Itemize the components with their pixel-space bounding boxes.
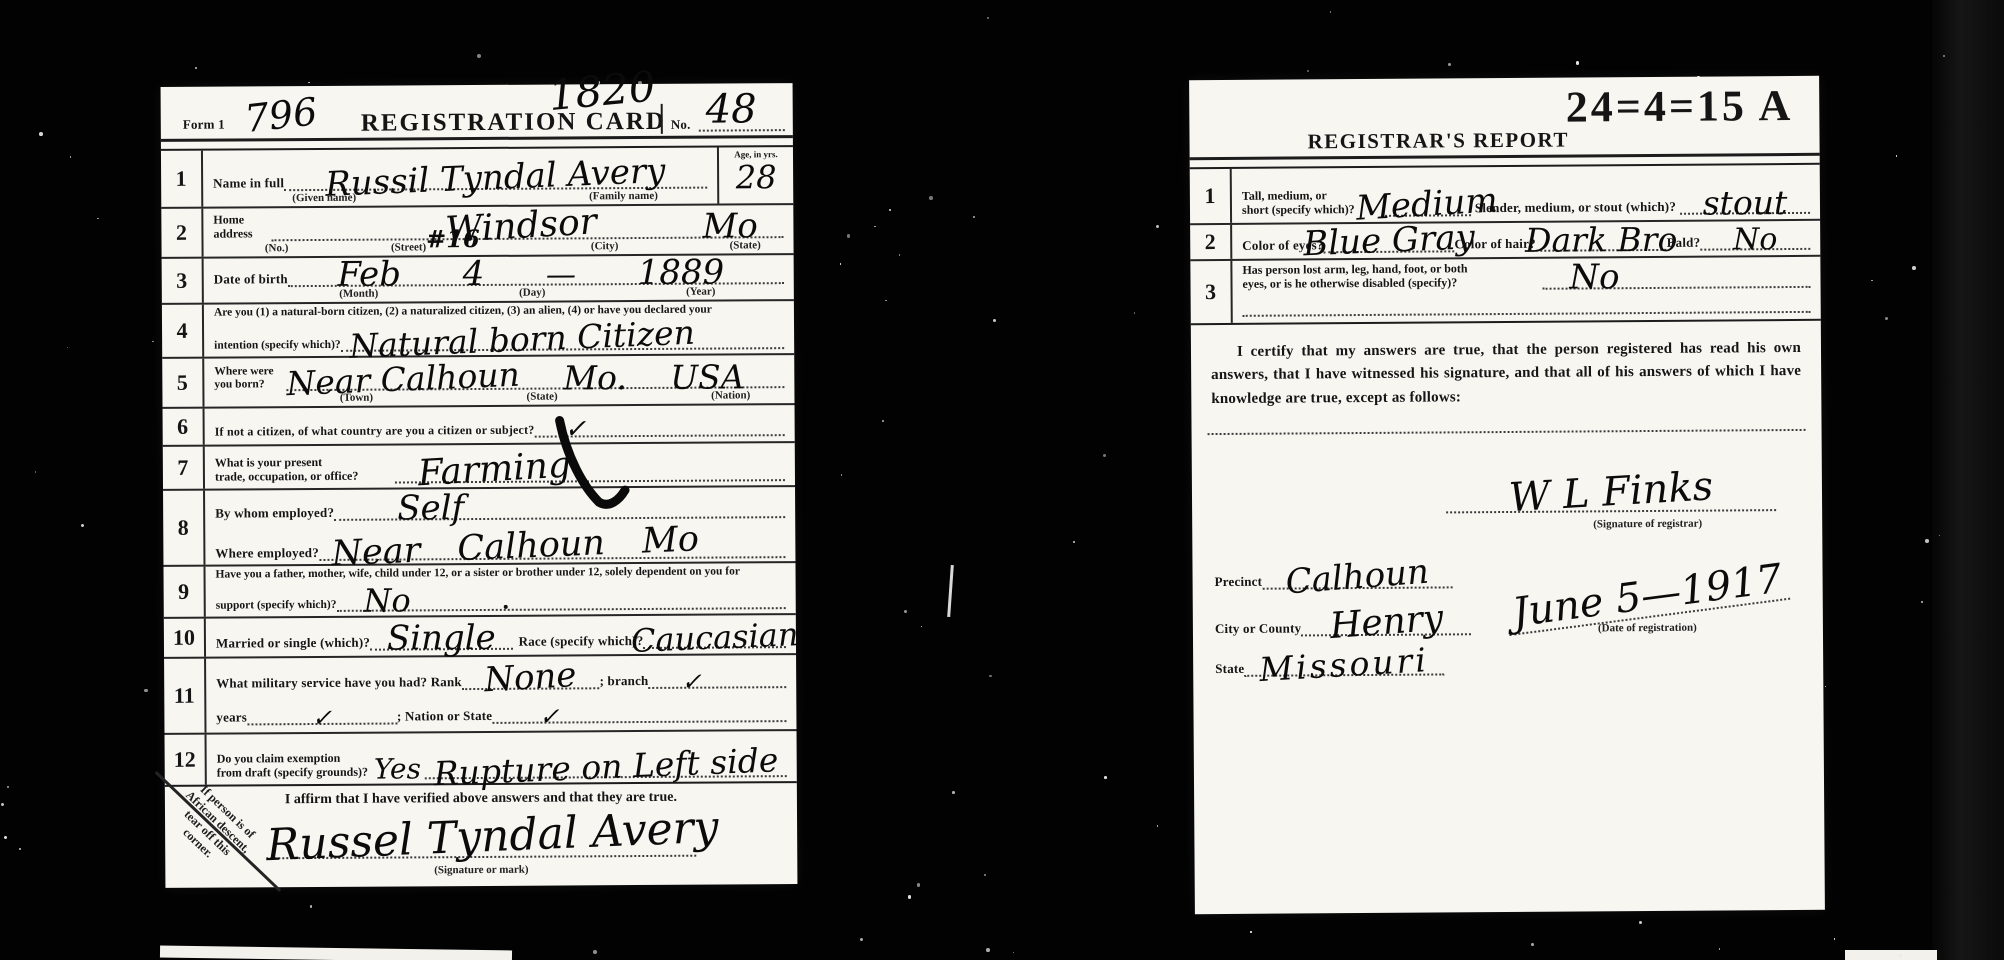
precinct-handwritten: Calhoun	[1284, 554, 1430, 599]
state-handwritten: Missouri	[1259, 643, 1430, 686]
registrars-report-header: 24=4=15 A REGISTRAR'S REPORT	[1189, 76, 1820, 157]
q10-label-a: Married or single (which)?	[216, 635, 370, 652]
q8-number: 8	[163, 491, 205, 565]
q9-question-line1: Have you a father, mother, wife, child u…	[216, 565, 786, 582]
next-card-edge	[160, 946, 512, 960]
q3-birthdate-row: 3 Date of birth Feb 4 — 1889	[162, 255, 794, 305]
q5-number: 5	[162, 359, 204, 407]
r2-eyes-hair-row: 2 Color of eyes? Blue Gray Color of hair…	[1190, 221, 1820, 261]
r2-number: 2	[1190, 225, 1232, 259]
q10-answer-line-a: Single	[370, 621, 513, 651]
q8-employer-row: 8 By whom employed? Self Where employed?…	[163, 487, 795, 567]
q3-sub-month: (Month)	[339, 288, 378, 300]
film-scratch	[947, 565, 954, 617]
q11-number: 11	[164, 659, 206, 733]
r1-label-b: Slender, medium, or stout (which)?	[1475, 199, 1676, 216]
q1-answer-line: Russil Tyndal Avery	[284, 160, 707, 192]
registration-card-header: Form 1 796 REGISTRATION CARD 1820 No. 48	[161, 83, 793, 139]
signature-caption: (Signature or mark)	[434, 864, 528, 877]
registration-date-block: June 5—1917 (Date of registration)	[1505, 575, 1789, 637]
q10-answer-line-b: Caucasian	[643, 621, 786, 649]
stamp-number-handwritten: 1820	[547, 65, 657, 117]
q8-value-a-handwritten: Self	[397, 491, 464, 525]
q3-label: Date of birth	[214, 271, 288, 287]
q11-label-d: ; Nation or State	[397, 707, 492, 724]
q12-answer-line: Rupture on Left side	[425, 749, 787, 779]
r2-eyes-handwritten: Blue Gray	[1303, 220, 1476, 261]
r3-number: 3	[1190, 261, 1232, 323]
r2-eyes-line: Blue Gray	[1323, 223, 1454, 253]
q3-day-handwritten: 4	[463, 257, 485, 291]
q11-label-b: ; branch	[600, 672, 649, 688]
precinct-label: Precinct	[1215, 573, 1263, 589]
exceptions-line-1	[1208, 429, 1806, 435]
q7-answer-line: Farming	[395, 450, 785, 483]
precinct-line: Calhoun	[1262, 559, 1452, 589]
q3-answer-line: Feb 4 — 1889	[288, 255, 784, 287]
q11-answer-line-a: None	[462, 660, 600, 690]
age-value-handwritten: 28	[736, 161, 777, 193]
report-title: REGISTRAR'S REPORT	[1307, 128, 1569, 155]
no-value-handwritten: 48	[706, 89, 757, 129]
state-label: State	[1215, 661, 1244, 677]
q6-answer-line: ✓	[534, 415, 784, 438]
q1-name-row: 1 Name in full Russil Tyndal Avery (Give…	[161, 147, 793, 209]
form-label: Form 1	[183, 117, 225, 133]
r1-build-row: 1 Tall, medium, orshort (specify which)?…	[1190, 165, 1820, 225]
q11-answer-line-b: ✓	[648, 669, 786, 689]
microfilm-scan: Form 1 796 REGISTRATION CARD 1820 No. 48…	[0, 0, 2004, 960]
q3-sub-day: (Day)	[519, 287, 545, 299]
q8-answer-line-a: Self	[334, 489, 785, 521]
stamp-number: 24=4=15 A	[1566, 80, 1794, 133]
q12-exemption-row: 12 Do you claim exemptionfrom draft (spe…	[165, 731, 797, 787]
header-divider	[661, 104, 663, 134]
q9-value-handwritten: No	[363, 584, 410, 616]
r3-value-handwritten: No	[1569, 260, 1619, 294]
q1-label: Name in full	[213, 175, 284, 191]
q5-answer-line: Near Calhoun Mo. USA	[286, 360, 784, 391]
q8-label-a: By whom employed?	[215, 505, 334, 522]
q10-married-race-row: 10 Married or single (which)? Single Rac…	[164, 615, 796, 659]
r3-answer-line: No	[1542, 259, 1810, 290]
q5-town-handwritten: Near Calhoun	[286, 358, 521, 401]
q10-value-a-handwritten: Single	[387, 621, 496, 656]
q10-label-b: Race (specify which)?	[519, 633, 644, 650]
q5-sub-nation: (Nation)	[711, 389, 750, 401]
registrar-signature-handwritten: W L Finks	[1508, 466, 1714, 518]
r2-hair-line: Dark Bro	[1536, 223, 1667, 252]
q9-answer-line: No	[336, 582, 785, 612]
q4-question-line1: Are you (1) a natural-born citizen, (2) …	[214, 303, 784, 320]
registration-card: Form 1 796 REGISTRATION CARD 1820 No. 48…	[161, 83, 798, 888]
q6-checkmark: ✓	[564, 416, 586, 442]
q2-sub-no: (No.)	[265, 242, 289, 254]
q2-label: Homeaddress	[213, 214, 271, 242]
next-card-edge	[1845, 950, 1937, 960]
q2-city-handwritten: Windsor	[445, 204, 598, 249]
form-number-handwritten: 796	[243, 92, 319, 138]
q5-born-row: 5 Where wereyou born? Near Calhoun Mo. U…	[162, 355, 794, 409]
state-line: Missouri	[1244, 647, 1444, 676]
city-county-handwritten: Henry	[1328, 600, 1444, 645]
r3-disability-row: 3 Has person lost arm, leg, hand, foot, …	[1190, 257, 1820, 325]
registrar-signature-caption: (Signature of registrar)	[1593, 517, 1702, 530]
q5-sub-state: (State)	[526, 391, 557, 403]
signature-line: Russel Tyndal Avery	[266, 814, 696, 860]
q11-value-a-handwritten: None	[484, 658, 578, 697]
r2-label-bald: Bald?	[1667, 235, 1701, 251]
r3-extra-line	[1243, 311, 1811, 317]
q11-label-a: What military service have you had? Rank	[216, 674, 462, 692]
q12-label: Do you claim exemptionfrom draft (specif…	[217, 752, 368, 781]
r1-number: 1	[1190, 169, 1232, 223]
q6-number: 6	[163, 409, 205, 445]
registrar-signature-line: W L Finks	[1446, 471, 1776, 513]
certify-paragraph: I certify that my answers are true, that…	[1191, 321, 1822, 411]
state-field: State Missouri	[1215, 645, 1823, 677]
q1-number: 1	[161, 151, 203, 207]
q8-label-b: Where employed?	[215, 545, 319, 562]
no-label: No.	[671, 117, 691, 133]
q5-label: Where wereyou born?	[214, 365, 286, 392]
city-county-line: Henry	[1301, 604, 1471, 636]
q4-citizen-row: 4 Are you (1) a natural-born citizen, (2…	[162, 301, 794, 359]
q6-country-row: 6 If not a citizen, of what country are …	[163, 405, 795, 447]
q12-number: 12	[165, 735, 207, 785]
r2-bald-handwritten: No	[1733, 225, 1778, 255]
q11-years-line: ✓	[247, 705, 397, 725]
r2-bald-line: No	[1700, 225, 1810, 251]
film-edge-band	[1932, 0, 2004, 960]
q2-number: 2	[161, 209, 203, 257]
q2-sub-state: (State)	[730, 239, 761, 251]
q7-number: 7	[163, 447, 205, 489]
q4-number: 4	[162, 305, 204, 357]
q8-answer-line-b: Near Calhoun Mo	[319, 528, 786, 561]
q11-check-branch: ✓	[681, 669, 701, 693]
q6-question: If not a citizen, of what country are yo…	[215, 423, 535, 440]
q11-military-row: 11 What military service have you had? R…	[164, 655, 796, 735]
r3-question: Has person lost arm, leg, hand, foot, or…	[1242, 262, 1542, 292]
q9-dependents-row: 9 Have you a father, mother, wife, child…	[163, 563, 795, 619]
q1-age-box: Age, in yrs. 28	[717, 147, 793, 203]
q11-check-years: ✓	[312, 705, 332, 729]
q2-answer-line: Windsor Mo	[271, 207, 783, 241]
q7-trade-row: 7 What is your presenttrade, occupation,…	[163, 443, 795, 491]
q7-value-handwritten: Farming	[417, 447, 572, 492]
q9-question-line2: support (specify which)?	[216, 599, 337, 613]
r1-build-handwritten: stout	[1703, 186, 1788, 220]
q10-number: 10	[164, 619, 206, 657]
q10-value-b-handwritten: Caucasian	[630, 618, 799, 657]
q4-question-line2: intention (specify which)?	[214, 339, 341, 353]
q4-answer-line: Natural born Citizen	[341, 321, 785, 352]
q11-check-nation: ✓	[539, 704, 559, 728]
q2-address-row: 2 Homeaddress Windsor Mo (No.)	[161, 205, 793, 259]
q2-sub-street: (Street)	[391, 241, 426, 253]
r1-answer-line-a: Medium	[1382, 187, 1471, 217]
q12-value-yes-handwritten: Yes	[374, 755, 421, 783]
registrars-report-card: 24=4=15 A REGISTRAR'S REPORT 1 Tall, med…	[1189, 76, 1825, 914]
q3-number: 3	[162, 259, 204, 303]
r1-answer-line-b: stout	[1680, 186, 1810, 215]
r2-hair-handwritten: Dark Bro	[1525, 223, 1678, 257]
q3-sub-year: (Year)	[686, 286, 715, 298]
q11-nation-line: ✓	[492, 703, 786, 724]
q7-label: What is your presenttrade, occupation, o…	[215, 456, 395, 485]
q11-label-c: years	[216, 709, 247, 725]
q9-number: 9	[163, 567, 205, 617]
city-county-label: City or County	[1215, 620, 1301, 637]
